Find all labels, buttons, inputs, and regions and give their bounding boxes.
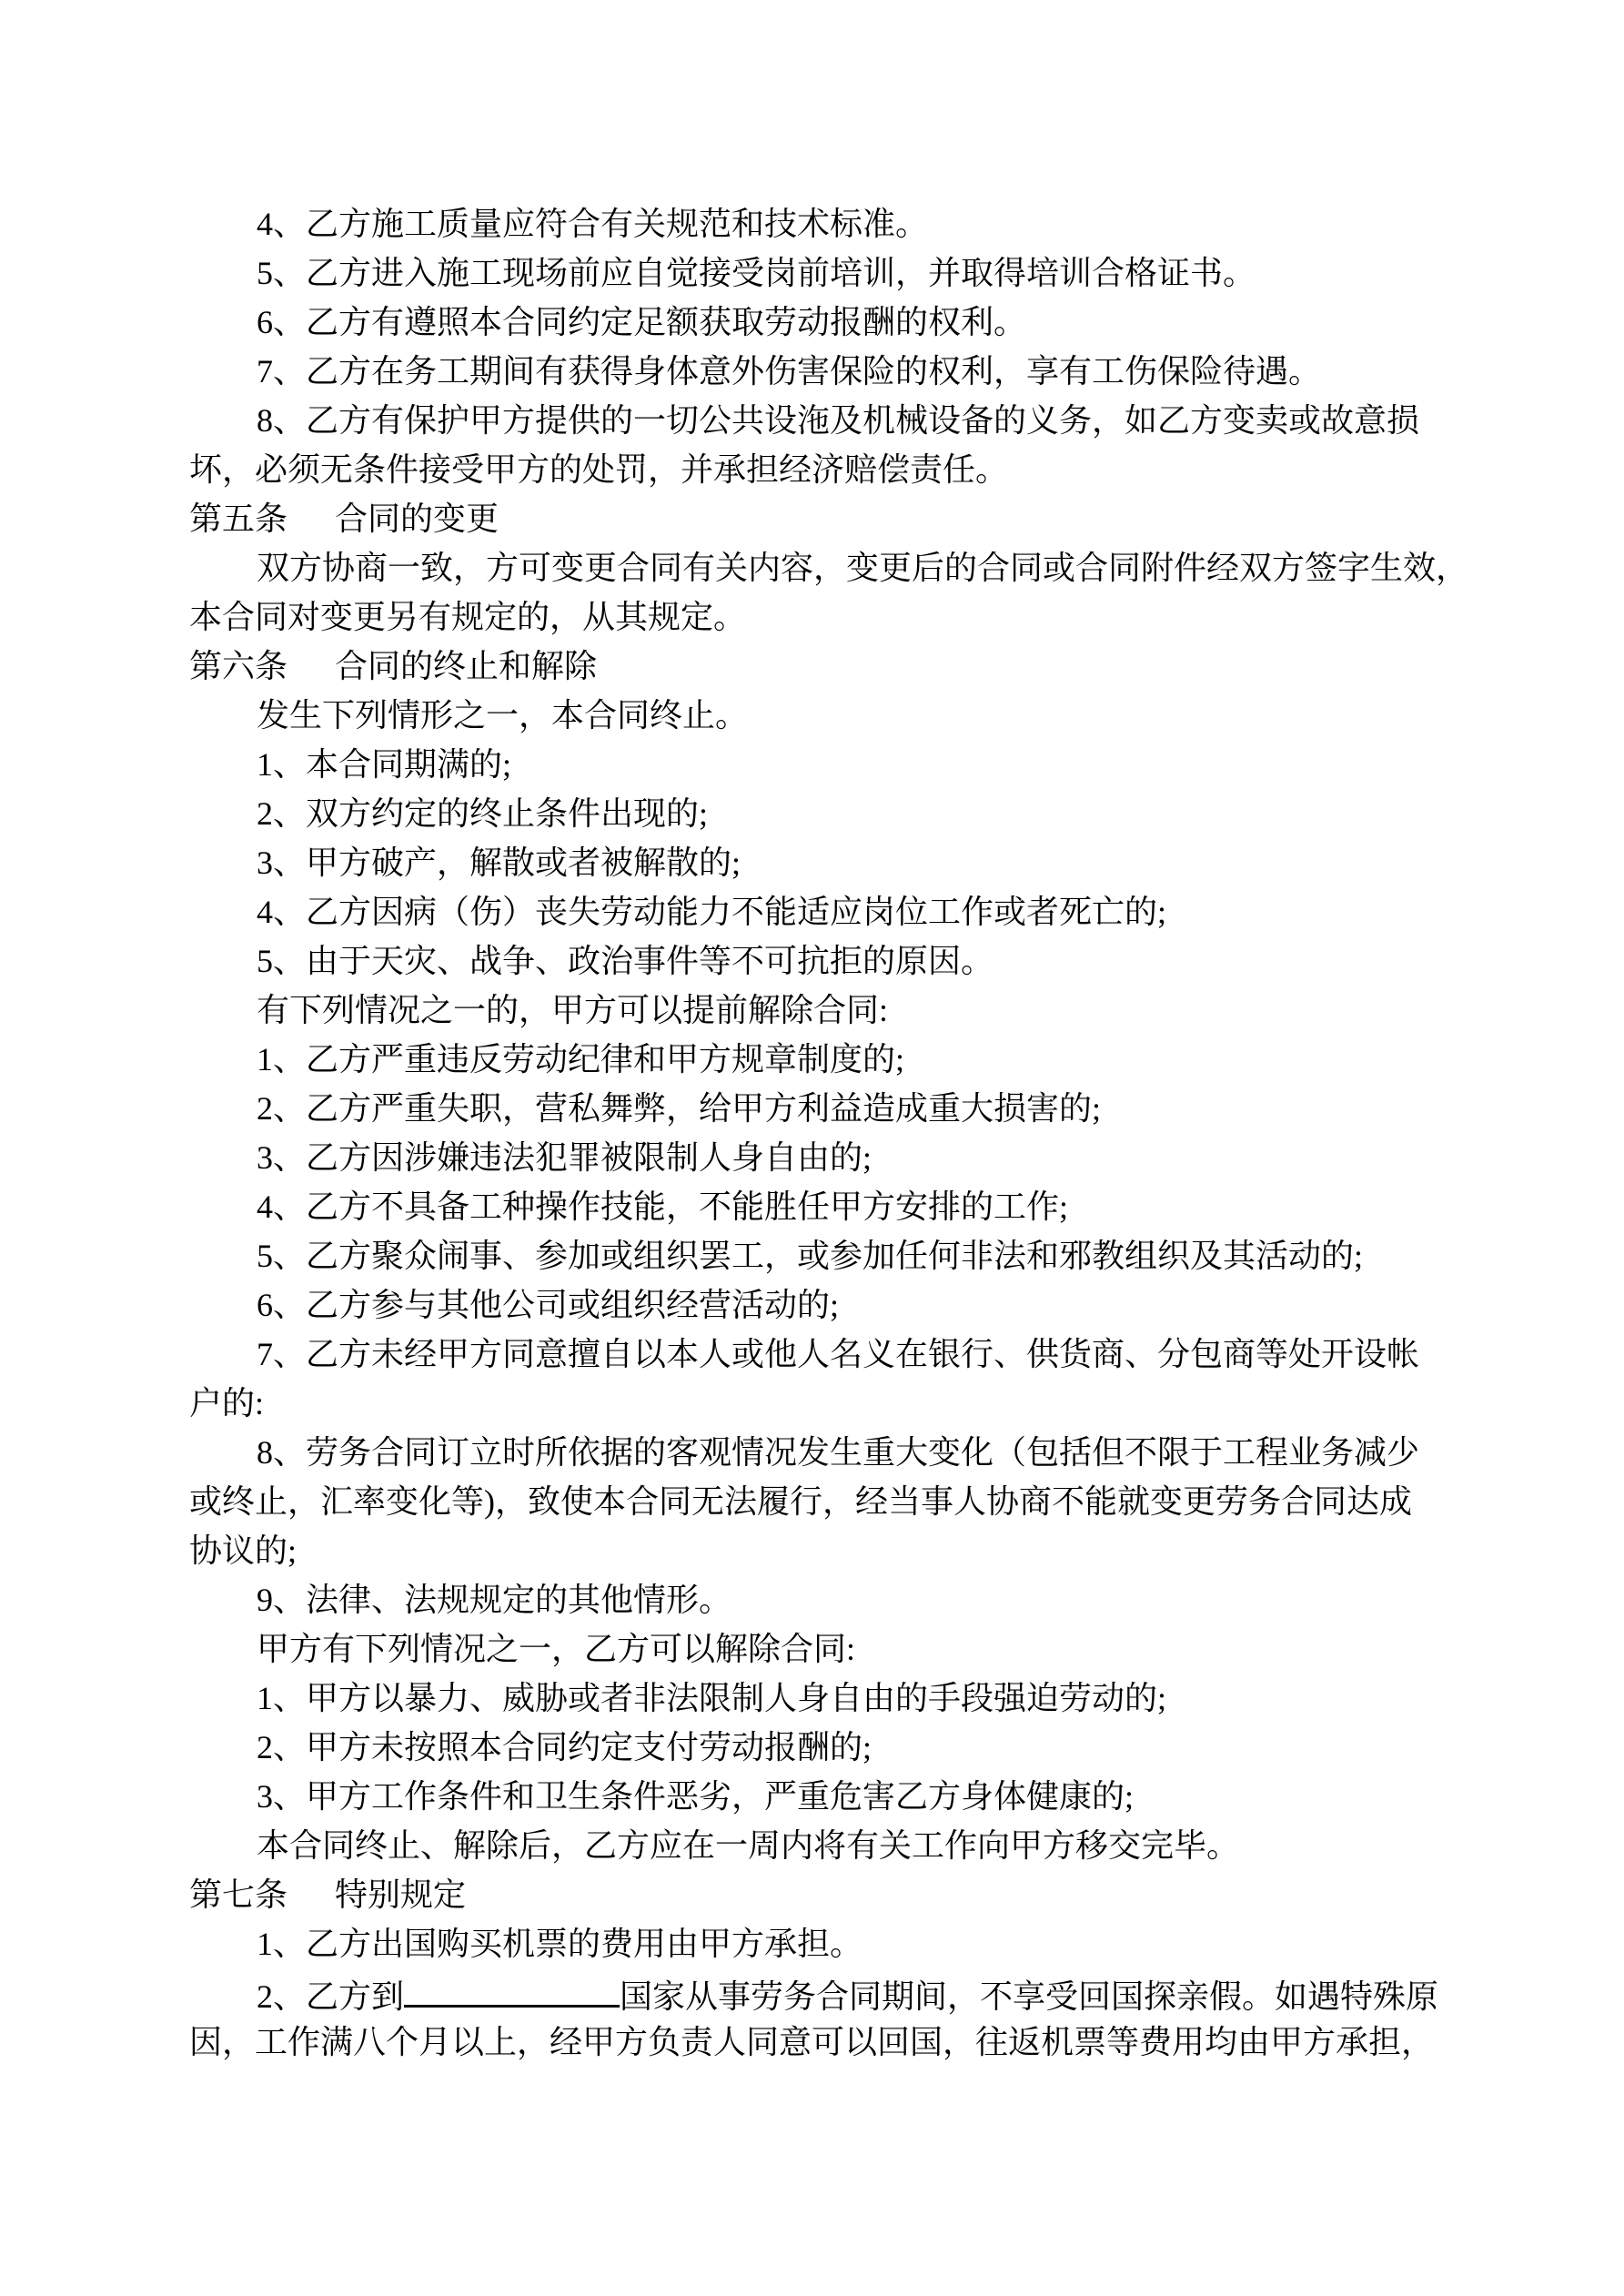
doc-line: 或终止，汇率变化等)，致使本合同无法履行，经当事人协商不能就变更劳务合同达成 — [189, 1477, 1481, 1526]
doc-text: 5、乙方进入施工现场前应自觉接受岗前培训，并取得培训合格证书。 — [257, 255, 1256, 291]
doc-text: 坏，必须无条件接受甲方的处罚，并承担经济赔偿责任。 — [189, 451, 1008, 488]
doc-line: 发生下列情形之一，本合同终止。 — [189, 691, 1481, 740]
doc-text: 2、双方约定的终止条件出现的; — [257, 795, 708, 832]
doc-line: 6、乙方参与其他公司或组织经营活动的; — [189, 1280, 1481, 1330]
doc-line: 1、甲方以暴力、威胁或者非法限制人身自由的手段强迫劳动的; — [189, 1674, 1481, 1723]
doc-text: 国家从事劳务合同期间，不享受回国探亲假。如遇特殊原 — [620, 1978, 1438, 2015]
doc-text: 或终止，汇率变化等)，致使本合同无法履行，经当事人协商不能就变更劳务合同达成 — [189, 1483, 1412, 1520]
doc-text: 因，工作满八个月以上，经甲方负责人同意可以回国，往返机票等费用均由甲方承担， — [189, 2024, 1434, 2060]
doc-line: 有下列情况之一的，甲方可以提前解除合同: — [189, 986, 1481, 1035]
doc-line: 户的: — [189, 1379, 1481, 1428]
doc-text: 第五条 — [189, 501, 287, 537]
doc-text: 2、乙方到 — [257, 1978, 404, 2015]
document-lines: 4、乙方施工质量应符合有关规范和技术标准。5、乙方进入施工现场前应自觉接受岗前培… — [189, 199, 1481, 2067]
doc-text: 甲方有下列情况之一，乙方可以解除合同: — [257, 1631, 855, 1667]
doc-text: 1、本合同期满的; — [257, 746, 511, 783]
doc-line: 7、乙方未经甲方同意擅自以本人或他人名义在银行、供货商、分包商等处开设帐 — [189, 1330, 1481, 1379]
doc-text: 合同的终止和解除 — [335, 648, 597, 684]
doc-line: 5、乙方聚众闹事、参加或组织罢工，或参加任何非法和邪教组织及其活动的; — [189, 1231, 1481, 1280]
doc-text: 7、乙方未经甲方同意擅自以本人或他人名义在银行、供货商、分包商等处开设帐 — [257, 1336, 1419, 1372]
doc-text: 3、甲方破产，解散或者被解散的; — [257, 845, 741, 881]
doc-line: 2、乙方严重失职，营私舞弊，给甲方利益造成重大损害的; — [189, 1084, 1481, 1133]
doc-line: 8、劳务合同订立时所依据的客观情况发生重大变化（包括但不限于工程业务减少 — [189, 1428, 1481, 1477]
doc-text: 3、甲方工作条件和卫生条件恶劣，严重危害乙方身体健康的; — [257, 1778, 1134, 1815]
doc-text: 8、乙方有保护甲方提供的一切公共设沲及机械设备的义务，如乙方变卖或故意损 — [257, 402, 1419, 439]
doc-line: 8、乙方有保护甲方提供的一切公共设沲及机械设备的义务，如乙方变卖或故意损 — [189, 396, 1481, 445]
doc-line: 坏，必须无条件接受甲方的处罚，并承担经济赔偿责任。 — [189, 445, 1481, 494]
doc-text: 8、劳务合同订立时所依据的客观情况发生重大变化（包括但不限于工程业务减少 — [257, 1434, 1419, 1471]
doc-line: 5、由于天灾、战争、政治事件等不可抗拒的原因。 — [189, 936, 1481, 986]
doc-text: 1、乙方出国购买机票的费用由甲方承担。 — [257, 1926, 862, 1962]
doc-text: 1、乙方严重违反劳动纪律和甲方规章制度的; — [257, 1041, 904, 1077]
doc-text: 有下列情况之一的，甲方可以提前解除合同: — [257, 992, 888, 1028]
doc-line: 1、乙方严重违反劳动纪律和甲方规章制度的; — [189, 1035, 1481, 1084]
doc-line: 协议的; — [189, 1526, 1481, 1575]
doc-line: 4、乙方施工质量应符合有关规范和技术标准。 — [189, 199, 1481, 248]
doc-line: 9、法律、法规规定的其他情形。 — [189, 1575, 1481, 1624]
doc-line: 双方协商一致，方可变更合同有关内容，变更后的合同或合同附件经双方签字生效， — [189, 543, 1481, 592]
doc-text: 第六条 — [189, 648, 287, 684]
doc-text: 4、乙方不具备工种操作技能，不能胜任甲方安排的工作; — [257, 1188, 1068, 1225]
doc-text: 9、法律、法规规定的其他情形。 — [257, 1582, 731, 1618]
doc-text: 协议的; — [189, 1532, 297, 1569]
doc-heading-line: 第七条特别规定 — [189, 1870, 1481, 1919]
doc-text: 2、乙方严重失职，营私舞弊，给甲方利益造成重大损害的; — [257, 1090, 1101, 1127]
doc-text: 4、乙方因病（伤）丧失劳动能力不能适应岗位工作或者死亡的; — [257, 894, 1166, 930]
doc-line: 1、本合同期满的; — [189, 740, 1481, 789]
doc-text: 本合同终止、解除后，乙方应在一周内将有关工作向甲方移交完毕。 — [257, 1827, 1239, 1864]
doc-line: 5、乙方进入施工现场前应自觉接受岗前培训，并取得培训合格证书。 — [189, 248, 1481, 298]
doc-text: 4、乙方施工质量应符合有关规范和技术标准。 — [257, 206, 928, 242]
fill-in-blank — [404, 1968, 620, 2008]
doc-line: 1、乙方出国购买机票的费用由甲方承担。 — [189, 1919, 1481, 1968]
doc-text: 发生下列情形之一，本合同终止。 — [257, 697, 748, 733]
doc-line: 7、乙方在务工期间有获得身体意外伤害保险的权利，享有工伤保险待遇。 — [189, 347, 1481, 396]
doc-text: 1、甲方以暴力、威胁或者非法限制人身自由的手段强迫劳动的; — [257, 1680, 1166, 1716]
doc-text: 户的: — [189, 1385, 264, 1421]
doc-text: 5、由于天灾、战争、政治事件等不可抗拒的原因。 — [257, 943, 994, 979]
doc-line: 因，工作满八个月以上，经甲方负责人同意可以回国，往返机票等费用均由甲方承担， — [189, 2018, 1481, 2067]
doc-text: 7、乙方在务工期间有获得身体意外伤害保险的权利，享有工伤保险待遇。 — [257, 353, 1321, 389]
doc-line: 2、双方约定的终止条件出现的; — [189, 789, 1481, 838]
doc-line: 2、甲方未按照本合同约定支付劳动报酬的; — [189, 1723, 1481, 1772]
doc-line: 3、乙方因涉嫌违法犯罪被限制人身自由的; — [189, 1133, 1481, 1182]
doc-heading-line: 第五条合同的变更 — [189, 494, 1481, 543]
doc-line: 甲方有下列情况之一，乙方可以解除合同: — [189, 1624, 1481, 1674]
doc-line: 2、乙方到国家从事劳务合同期间，不享受回国探亲假。如遇特殊原 — [189, 1968, 1481, 2018]
doc-heading-line: 第六条合同的终止和解除 — [189, 642, 1481, 691]
doc-text: 特别规定 — [335, 1876, 466, 1913]
doc-text: 本合同对变更另有规定的，从其规定。 — [189, 599, 746, 635]
doc-text: 5、乙方聚众闹事、参加或组织罢工，或参加任何非法和邪教组织及其活动的; — [257, 1238, 1363, 1274]
doc-line: 本合同终止、解除后，乙方应在一周内将有关工作向甲方移交完毕。 — [189, 1821, 1481, 1870]
doc-text: 6、乙方有遵照本合同约定足额获取劳动报酬的权利。 — [257, 304, 1026, 340]
doc-line: 4、乙方因病（伤）丧失劳动能力不能适应岗位工作或者死亡的; — [189, 887, 1481, 936]
doc-text: 第七条 — [189, 1876, 287, 1913]
contract-document-page: 4、乙方施工质量应符合有关规范和技术标准。5、乙方进入施工现场前应自觉接受岗前培… — [0, 0, 1624, 2296]
doc-text: 双方协商一致，方可变更合同有关内容，变更后的合同或合同附件经双方签字生效， — [257, 550, 1468, 586]
doc-line: 6、乙方有遵照本合同约定足额获取劳动报酬的权利。 — [189, 298, 1481, 347]
doc-text: 2、甲方未按照本合同约定支付劳动报酬的; — [257, 1729, 872, 1765]
doc-line: 3、甲方工作条件和卫生条件恶劣，严重危害乙方身体健康的; — [189, 1772, 1481, 1821]
doc-text: 3、乙方因涉嫌违法犯罪被限制人身自由的; — [257, 1139, 872, 1176]
doc-line: 4、乙方不具备工种操作技能，不能胜任甲方安排的工作; — [189, 1182, 1481, 1231]
doc-line: 本合同对变更另有规定的，从其规定。 — [189, 592, 1481, 642]
doc-text: 合同的变更 — [335, 501, 499, 537]
doc-text: 6、乙方参与其他公司或组织经营活动的; — [257, 1287, 839, 1323]
doc-line: 3、甲方破产，解散或者被解散的; — [189, 838, 1481, 887]
